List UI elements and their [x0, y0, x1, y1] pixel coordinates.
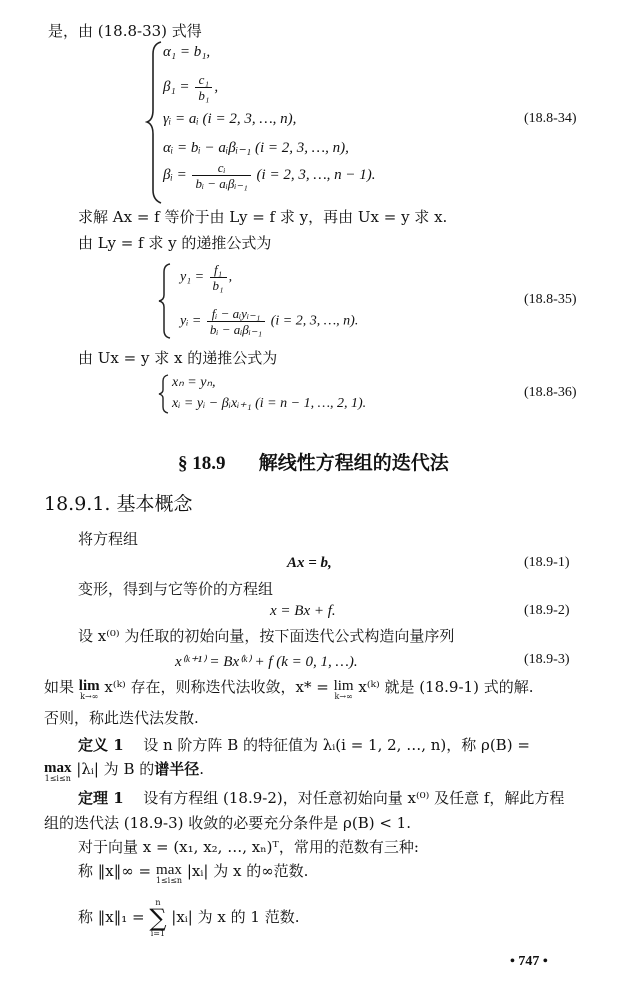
eq35-line2-tail: (i = 2, 3, …, n). — [271, 314, 359, 329]
definition-period: . — [199, 760, 204, 778]
denominator: bᵢ − aᵢβᵢ₋₁ — [207, 322, 265, 337]
eq34-line2-tail: , — [214, 79, 218, 95]
theorem-text: 设有方程组 (18.9-2)，对任意初始向量 x⁽⁰⁾ 及任意 f，解此方程 — [143, 789, 564, 807]
section-heading: § 18.9 解线性方程组的迭代法 — [178, 448, 449, 475]
norm-infinity: 称 ‖x‖∞ = max1≤i≤n |xᵢ| 为 x 的∞范数. — [78, 862, 308, 885]
norm-inf-prefix: 称 ‖x‖∞ = — [78, 862, 151, 880]
para-system: 将方程组 — [78, 530, 138, 548]
lim-subscript: k→∞ — [79, 693, 100, 701]
numerator: fᵢ − aᵢyᵢ₋₁ — [207, 306, 265, 322]
norm-one-tail: |xᵢ| 为 x 的 1 范数. — [171, 908, 299, 926]
fraction: cᵢbᵢ − aᵢβᵢ₋₁ — [192, 160, 250, 191]
equation-number: (18.8-36) — [524, 385, 577, 401]
numerator: f₁ — [210, 262, 227, 278]
sum-lower: i=1 — [149, 929, 166, 938]
section-title: 解线性方程组的迭代法 — [259, 452, 449, 474]
eq35-line2: yᵢ = fᵢ − aᵢyᵢ₋₁bᵢ − aᵢβᵢ₋₁ (i = 2, 3, …… — [180, 306, 358, 337]
eq34-line3: γᵢ = aᵢ (i = 2, 3, …, n), — [163, 111, 296, 128]
definition-label: 定义 1 — [78, 736, 124, 754]
para-norms: 对于向量 x = (x₁, x₂, …, xₙ)ᵀ，常用的范数有三种: — [78, 838, 419, 856]
equation-number: (18.8-35) — [524, 292, 577, 308]
eq34-line2-lhs: β₁ = — [163, 79, 190, 95]
eq34-line4: αᵢ = bᵢ − aᵢβᵢ₋₁ (i = 2, 3, …, n), — [163, 138, 349, 157]
para-diverge: 否则，称此迭代法发散. — [44, 709, 199, 727]
max-operator: max1≤i≤n — [156, 862, 182, 885]
norm-inf-tail: |xᵢ| 为 x 的∞范数. — [187, 862, 309, 880]
converge-prefix: 如果 — [44, 678, 74, 696]
left-brace — [157, 262, 173, 340]
theorem-1: 定理 1 设有方程组 (18.9-2)，对任意初始向量 x⁽⁰⁾ 及任意 f，解… — [78, 789, 564, 807]
fraction: f₁b₁ — [210, 262, 227, 293]
converge-middle: x⁽ᵏ⁾ 存在，则称迭代法收敛，x* = — [104, 678, 328, 696]
para-ux: 由 Ux = y 求 x 的递推公式为 — [78, 349, 277, 367]
max-subscript: 1≤i≤n — [44, 775, 72, 783]
eq34-line5-tail: (i = 2, 3, …, n − 1). — [257, 167, 376, 183]
norm-one-prefix: 称 ‖x‖₁ = — [78, 908, 145, 926]
sum-symbol: ∑ — [149, 907, 166, 929]
eq35-line1: y₁ = f₁b₁, — [180, 262, 232, 293]
limit-operator: limk→∞ — [79, 678, 100, 701]
eq34-line1: α₁ = b₁, — [163, 44, 210, 61]
theorem-label: 定理 1 — [78, 789, 124, 807]
eq35-line1-tail: , — [229, 270, 233, 285]
theorem-1-line2: 组的迭代法 (18.9-3) 收敛的必要充分条件是 ρ(B) < 1. — [44, 814, 411, 832]
eq36-line2: xᵢ = yᵢ − βᵢxᵢ₊₁ (i = n − 1, …, 2, 1). — [172, 395, 366, 412]
fraction: c₁b₁ — [195, 72, 212, 103]
para-initial: 设 x⁽⁰⁾ 为任取的初始向量，按下面迭代公式构造向量序列 — [78, 627, 454, 645]
denominator: bᵢ − aᵢβᵢ₋₁ — [192, 176, 250, 191]
equation-number: (18.9-3) — [524, 652, 570, 668]
para-transform: 变形，得到与它等价的方程组 — [78, 580, 273, 598]
intro-line: 是，由 (18.8-33) 式得 — [48, 22, 202, 40]
page-number: • 747 • — [510, 954, 548, 970]
definition-1-cont: max1≤i≤n |λᵢ| 为 B 的谱半径. — [44, 760, 204, 783]
lim-subscript: k→∞ — [334, 693, 354, 701]
eq34-line5: βᵢ = cᵢbᵢ − aᵢβᵢ₋₁ (i = 2, 3, …, n − 1). — [163, 160, 376, 191]
section-mark: § 18.9 — [178, 453, 226, 474]
equation-number: (18.8-34) — [524, 111, 577, 127]
equation-18-9-2: x = Bx + f. — [270, 603, 336, 620]
definition-1: 定义 1 设 n 阶方阵 B 的特征值为 λᵢ(i = 1, 2, …, n)，… — [78, 736, 530, 754]
max-operator: max1≤i≤n — [44, 760, 72, 783]
numerator: cᵢ — [192, 160, 250, 176]
eq34-line2: β₁ = c₁b₁, — [163, 72, 218, 103]
eq35-line1-lhs: y₁ = — [180, 270, 204, 285]
subsection-title: 18.9.1. 基本概念 — [44, 489, 193, 516]
para-solve: 求解 Ax = f 等价于由 Ly = f 求 y，再由 Ux = y 求 x. — [78, 208, 447, 226]
eq35-line2-lhs: yᵢ = — [180, 314, 201, 329]
spectral-radius-term: 谱半径 — [154, 760, 199, 778]
para-converge: 如果 limk→∞ x⁽ᵏ⁾ 存在，则称迭代法收敛，x* = limk→∞ x⁽… — [44, 678, 533, 701]
fraction: fᵢ − aᵢyᵢ₋₁bᵢ − aᵢβᵢ₋₁ — [207, 306, 265, 337]
definition-tail: |λᵢ| 为 B 的 — [76, 760, 154, 778]
equation-18-9-1: Ax = b, — [287, 555, 332, 572]
eq36-line1: xₙ = yₙ, — [172, 374, 216, 391]
eq34-line5-lhs: βᵢ = — [163, 167, 187, 183]
max-subscript: 1≤i≤n — [156, 877, 182, 885]
equation-number: (18.9-1) — [524, 555, 570, 571]
denominator: b₁ — [210, 278, 227, 293]
norm-one: 称 ‖x‖₁ = n∑i=1 |xᵢ| 为 x 的 1 范数. — [78, 898, 299, 938]
para-ly: 由 Ly = f 求 y 的递推公式为 — [78, 234, 271, 252]
left-brace — [157, 374, 171, 414]
converge-tail: x⁽ᵏ⁾ 就是 (18.9-1) 式的解. — [358, 678, 533, 696]
numerator: c₁ — [195, 72, 212, 88]
equation-number: (18.9-2) — [524, 603, 570, 619]
limit-operator: limk→∞ — [334, 678, 354, 701]
equation-18-9-3: x⁽ᵏ⁺¹⁾ = Bx⁽ᵏ⁾ + f (k = 0, 1, …). — [175, 652, 358, 671]
denominator: b₁ — [195, 88, 212, 103]
definition-text: 设 n 阶方阵 B 的特征值为 λᵢ(i = 1, 2, …, n)，称 ρ(B… — [143, 736, 530, 754]
summation: n∑i=1 — [149, 898, 166, 938]
